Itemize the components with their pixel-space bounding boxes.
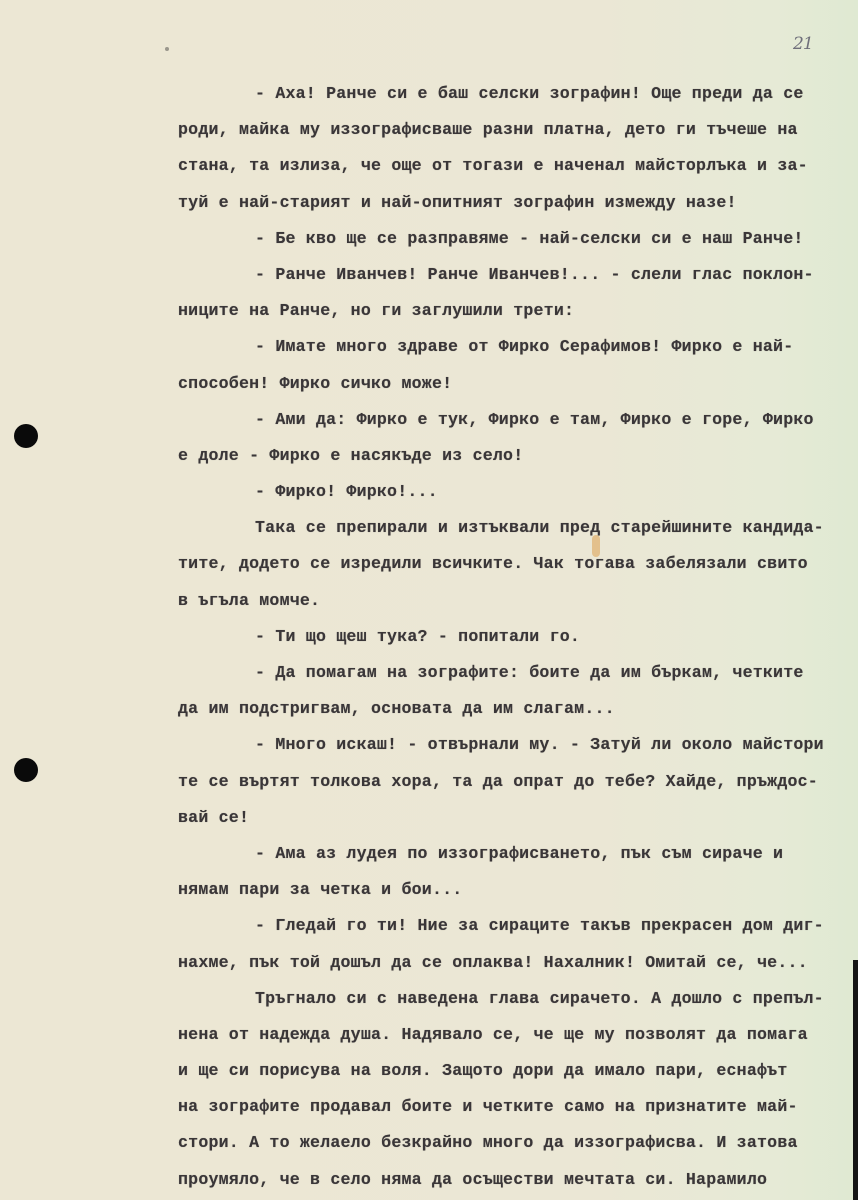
text-line: - Гледай го ти! Ние за сираците такъв пр… <box>178 908 858 944</box>
text-line: роди, майка му иззографисваше разни плат… <box>178 112 858 148</box>
text-line: да им подстригвам, основата да им слагам… <box>178 691 858 727</box>
text-line: - Ами да: Фирко е тук, Фирко е там, Фирк… <box>178 402 858 438</box>
text-line: вай се! <box>178 800 858 836</box>
text-line: - Аха! Ранче си е баш селски зографин! О… <box>178 76 858 112</box>
typewritten-text-body: - Аха! Ранче си е баш селски зографин! О… <box>178 76 858 1198</box>
text-line: стана, та излиза, че още от тогази е нач… <box>178 148 858 184</box>
text-line: и ще си порисува на воля. Защото дори да… <box>178 1053 858 1089</box>
text-line: - Бе кво ще се разправяме - най-селски с… <box>178 221 858 257</box>
text-line: туй е най-старият и най-опитният зографи… <box>178 185 858 221</box>
text-line: нямам пари за четка и бои... <box>178 872 858 908</box>
text-line: - Имате много здраве от Фирко Серафимов!… <box>178 329 858 365</box>
text-line: нахме, пък той дошъл да се оплаква! Наха… <box>178 945 858 981</box>
text-line: тите, додето се изредили всичките. Чак т… <box>178 546 858 582</box>
text-line: - Фирко! Фирко!... <box>178 474 858 510</box>
punch-hole-top <box>14 424 38 448</box>
text-line: нена от надежда душа. Надявало се, че ще… <box>178 1017 858 1053</box>
text-line: те се въртят толкова хора, та да опрат д… <box>178 764 858 800</box>
text-line: ниците на Ранче, но ги заглушили трети: <box>178 293 858 329</box>
text-line: - Ама аз лудея по иззографисването, пък … <box>178 836 858 872</box>
text-line: - Да помагам на зографите: боите да им б… <box>178 655 858 691</box>
text-line: на зографите продавал боите и четките са… <box>178 1089 858 1125</box>
text-line: Така се препирали и изтъквали пред старе… <box>178 510 858 546</box>
text-line: Тръгнало си с наведена глава сирачето. А… <box>178 981 858 1017</box>
text-line: проумяло, че в село няма да осъществи ме… <box>178 1162 858 1198</box>
page-number: 21 <box>793 34 813 54</box>
document-page: 21 - Аха! Ранче си е баш селски зографин… <box>0 0 858 1200</box>
paper-speck <box>165 47 169 51</box>
text-line: е доле - Фирко е насякъде из село! <box>178 438 858 474</box>
text-line: - Ранче Иванчев! Ранче Иванчев!... - сле… <box>178 257 858 293</box>
text-line: в ъгъла момче. <box>178 583 858 619</box>
text-line: способен! Фирко сичко може! <box>178 366 858 402</box>
text-line: стори. А то желаело безкрайно много да и… <box>178 1125 858 1161</box>
text-line: - Много искаш! - отвърнали му. - Затуй л… <box>178 727 858 763</box>
punch-hole-bottom <box>14 758 38 782</box>
text-line: - Ти що щеш тука? - попитали го. <box>178 619 858 655</box>
